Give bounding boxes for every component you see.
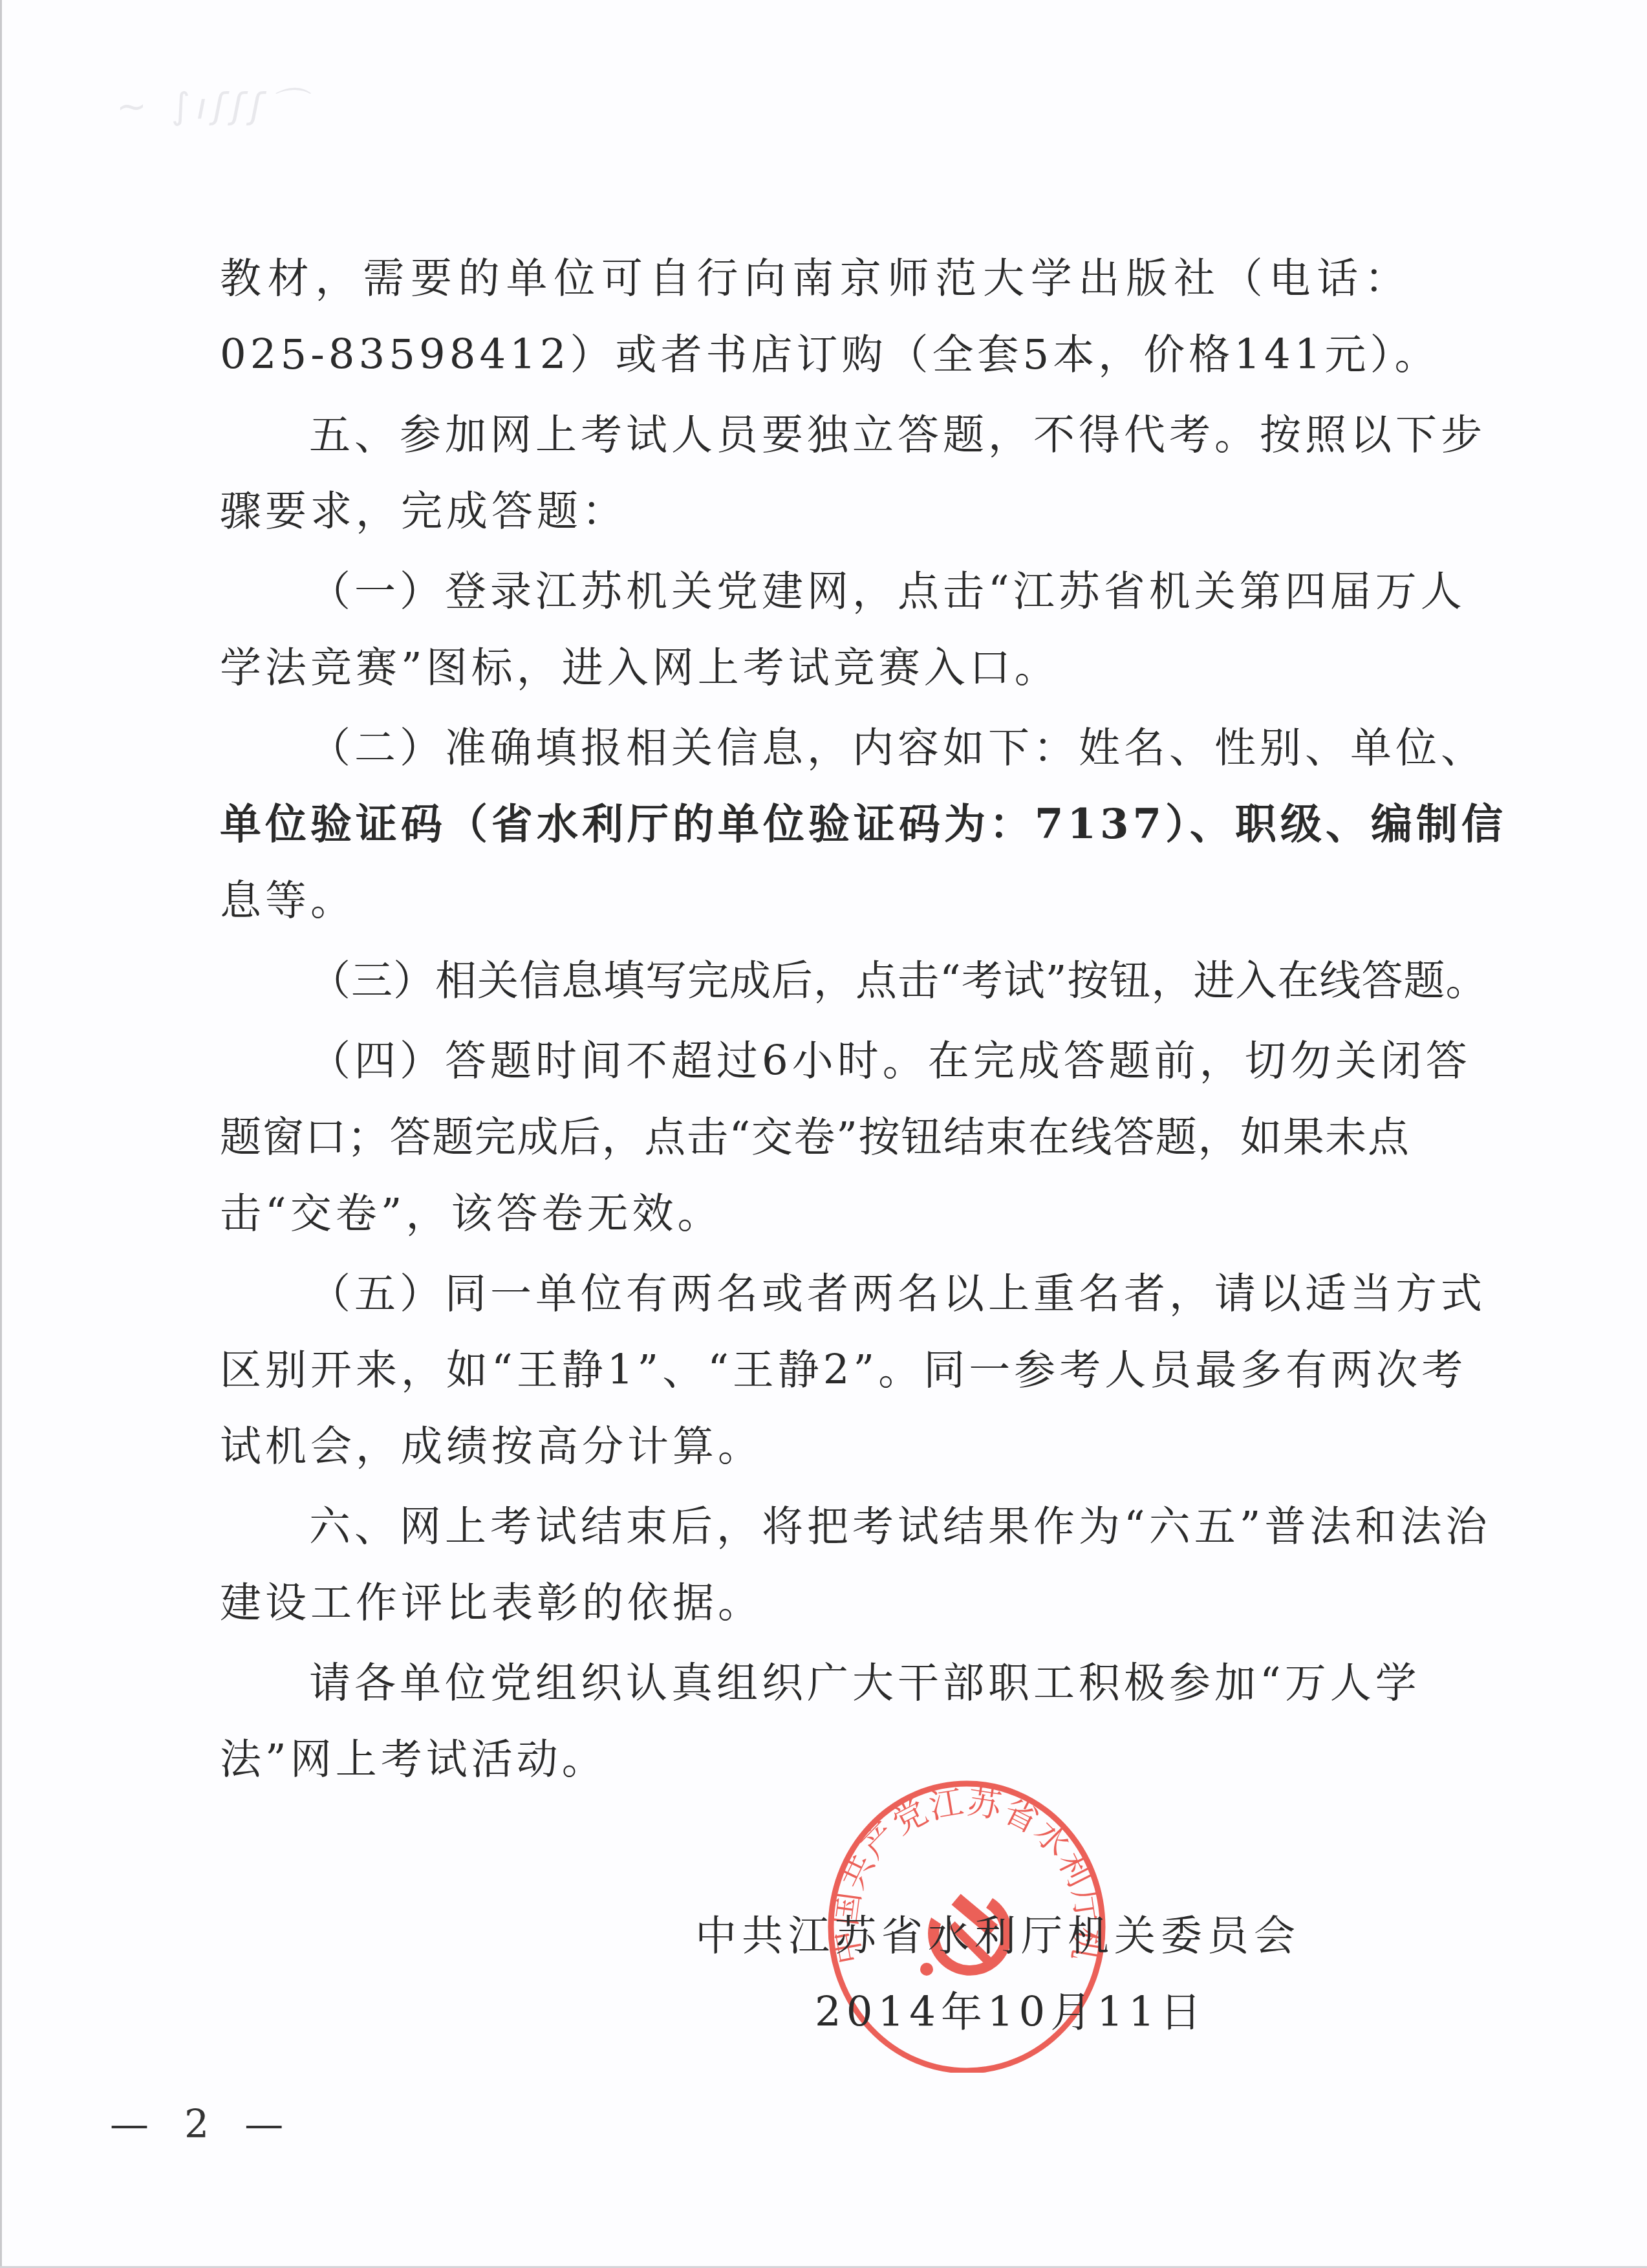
text-line: 025-83598412）或者书店订购（全套5本，价格141元）。	[220, 317, 1410, 393]
scan-edge-left	[0, 0, 2, 2268]
text-line: 法”网上考试活动。	[220, 1722, 1410, 1798]
issue-date: 2014年10月11日	[695, 1974, 1300, 2051]
text-line: 击“交卷”，该答卷无效。	[220, 1176, 1410, 1252]
text-line: 教材，需要的单位可自行向南京师范大学出版社（电话：	[220, 241, 1410, 317]
section-5-heading: 五、参加网上考试人员要独立答题，不得代考。按照以下步	[220, 397, 1410, 473]
verification-code-line: 单位验证码（省水利厅的单位验证码为：7137）、职级、编制信	[220, 786, 1410, 863]
document-body: 教材，需要的单位可自行向南京师范大学出版社（电话： 025-83598412）或…	[220, 241, 1410, 1798]
signature-block: 中共江苏省水利厅机关委员会 2014年10月11日	[695, 1898, 1300, 2051]
text-line: 建设工作评比表彰的依据。	[220, 1565, 1410, 1641]
section-6-heading: 六、网上考试结束后，将把考试结果作为“六五”普法和法治	[220, 1489, 1410, 1565]
text-line: 题窗口；答题完成后，点击“交卷”按钮结束在线答题，如果未点	[220, 1099, 1410, 1176]
step-4: （四）答题时间不超过6小时。在完成答题前，切勿关闭答	[220, 1023, 1410, 1099]
page-number: — 2 —	[110, 2102, 295, 2147]
text-line: 学法竞赛”图标，进入网上考试竞赛入口。	[220, 630, 1410, 706]
closing-request: 请各单位党组织认真组织广大干部职工积极参加“万人学	[220, 1645, 1410, 1722]
step-2: （二）准确填报相关信息，内容如下：姓名、性别、单位、	[220, 710, 1410, 786]
text-line: 区别开来，如“王静1”、“王静2”。同一参考人员最多有两次考	[220, 1332, 1410, 1409]
step-5: （五）同一单位有两名或者两名以上重名者，请以适当方式	[220, 1256, 1410, 1332]
faint-handwriting-mark: ~ ∫ıʃʃʃ⌒	[116, 78, 312, 129]
text-line: 息等。	[220, 863, 1410, 939]
issuing-organization: 中共江苏省水利厅机关委员会	[695, 1898, 1300, 1974]
step-1: （一）登录江苏机关党建网，点击“江苏省机关第四届万人	[220, 554, 1410, 630]
text-line: 试机会，成绩按高分计算。	[220, 1409, 1410, 1485]
step-3: （三）相关信息填写完成后，点击“考试”按钮，进入在线答题。	[220, 943, 1410, 1019]
text-line: 骤要求，完成答题：	[220, 473, 1410, 550]
